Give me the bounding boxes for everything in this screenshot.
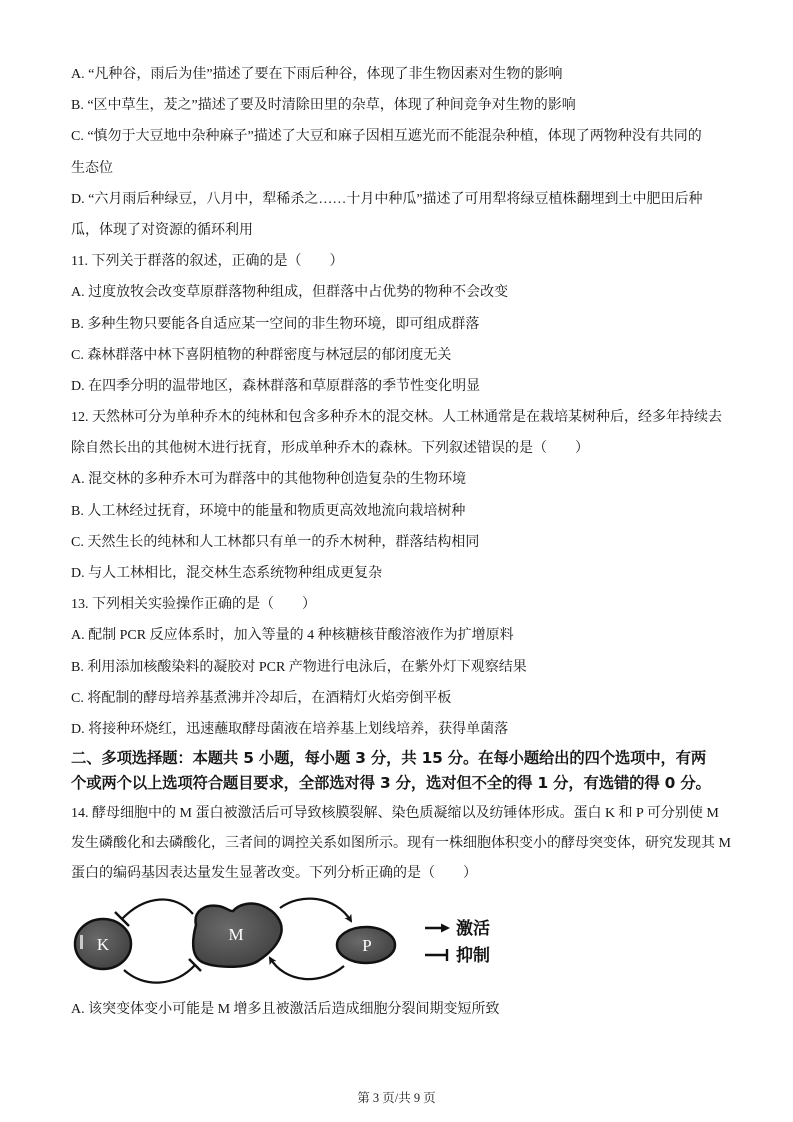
question-stem: 14. 酵母细胞中的 M 蛋白被激活后可导致核膜裂解、染色质凝缩以及纺锤体形成。… <box>71 799 736 829</box>
question-stem-cont: 除自然长出的其他树木进行抚育，形成单种乔木的森林。下列叙述错误的是（ ） <box>71 433 736 464</box>
question-14-options: A. 该突变体变小可能是 M 增多且被激活后造成细胞分裂间期变短所致 <box>71 994 736 1025</box>
question-stem: 11. 下列关于群落的叙述，正确的是（ ） <box>71 246 736 277</box>
node-k-label: K <box>97 935 110 954</box>
option-b: B. “区中草生，茇之”描述了要及时清除田里的杂草，体现了种间竞争对生物的影响 <box>71 90 736 121</box>
regulation-diagram: K M P 激活 抑制 <box>60 890 520 990</box>
option-a: A. 过度放牧会改变草原群落物种组成，但群落中占优势的物种不会改变 <box>71 277 736 308</box>
section-heading-line: 个或两个以上选项符合题目要求，全部选对得 3 分，选对但不全的得 1 分，有选错… <box>71 771 736 796</box>
legend-inhibit-label: 抑制 <box>456 945 490 966</box>
option-c: C. 天然生长的纯林和人工林都只有单一的乔木树种，群落结构相同 <box>71 527 736 558</box>
option-a: A. 该突变体变小可能是 M 增多且被激活后造成细胞分裂间期变短所致 <box>71 994 736 1025</box>
option-c-cont: 生态位 <box>71 153 736 184</box>
question-stem-cont: 发生磷酸化和去磷酸化，三者间的调控关系如图所示。现有一株细胞体积变小的酵母突变体… <box>71 829 736 859</box>
legend-activate-label: 激活 <box>456 918 490 939</box>
option-b: B. 利用添加核酸染料的凝胶对 PCR 产物进行电泳后，在紫外灯下观察结果 <box>71 652 736 683</box>
node-p: P <box>337 927 395 963</box>
option-a: A. “凡种谷，雨后为佳”描述了要在下雨后种谷，体现了非生物因素对生物的影响 <box>71 59 736 90</box>
option-d: D. “六月雨后种绿豆，八月中，犁稀杀之……十月中种瓜”描述了可用犁将绿豆植株翻… <box>71 184 736 215</box>
inhibit-arc-m-to-k <box>115 900 193 926</box>
question-stem-cont: 蛋白的编码基因表达量发生显著改变。下列分析正确的是（ ） <box>71 859 736 889</box>
option-d-cont: 瓜，体现了对资源的循环利用 <box>71 215 736 246</box>
section-heading-line: 二、多项选择题：本题共 5 小题，每小题 3 分，共 15 分。在每小题给出的四… <box>71 746 736 771</box>
question-stem: 12. 天然林可分为单种乔木的纯林和包含多种乔木的混交林。人工林通常是在栽培某树… <box>71 402 736 433</box>
node-k: K <box>75 919 131 969</box>
option-b: B. 多种生物只要能各自适应某一空间的非生物环境，即可组成群落 <box>71 309 736 340</box>
option-c: C. 森林群落中林下喜阴植物的种群密度与林冠层的郁闭度无关 <box>71 340 736 371</box>
option-b: B. 人工林经过抚育，环境中的能量和物质更高效地流向栽培树种 <box>71 496 736 527</box>
option-a: A. 配制 PCR 反应体系时，加入等量的 4 种核糖核苷酸溶液作为扩增原料 <box>71 620 736 651</box>
option-d: D. 将接种环烧红，迅速蘸取酵母菌液在培养基上划线培养，获得单菌落 <box>71 714 736 745</box>
option-d: D. 在四季分明的温带地区，森林群落和草原群落的季节性变化明显 <box>71 371 736 402</box>
arrowhead-icon <box>441 924 450 933</box>
question-12: 12. 天然林可分为单种乔木的纯林和包含多种乔木的混交林。人工林通常是在栽培某树… <box>71 402 736 589</box>
question-10-options: A. “凡种谷，雨后为佳”描述了要在下雨后种谷，体现了非生物因素对生物的影响 B… <box>71 59 736 246</box>
question-stem: 13. 下列相关实验操作正确的是（ ） <box>71 589 736 620</box>
activate-arrow-m-to-p <box>280 899 351 921</box>
option-c: C. “慎勿于大豆地中杂种麻子”描述了大豆和麻子因相互遮光而不能混杂种植，体现了… <box>71 121 736 152</box>
section-heading: 二、多项选择题：本题共 5 小题，每小题 3 分，共 15 分。在每小题给出的四… <box>71 746 736 796</box>
option-a: A. 混交林的多种乔木可为群落中的其他物种创造复杂的生物环境 <box>71 464 736 495</box>
option-c: C. 将配制的酵母培养基煮沸并冷却后，在酒精灯火焰旁倒平板 <box>71 683 736 714</box>
node-m-label: M <box>228 925 243 944</box>
questions-10-13: A. “凡种谷，雨后为佳”描述了要在下雨后种谷，体现了非生物因素对生物的影响 B… <box>71 59 736 745</box>
question-14-stem: 14. 酵母细胞中的 M 蛋白被激活后可导致核膜裂解、染色质凝缩以及纺锤体形成。… <box>71 799 736 889</box>
legend-inhibit: 抑制 <box>425 945 490 966</box>
node-p-label: P <box>362 936 371 955</box>
question-13: 13. 下列相关实验操作正确的是（ ） A. 配制 PCR 反应体系时，加入等量… <box>71 589 736 745</box>
legend-activate: 激活 <box>425 918 490 939</box>
node-m: M <box>193 904 281 967</box>
legend: 激活 抑制 <box>425 918 490 966</box>
page-footer: 第 3 页/共 9 页 <box>0 1089 793 1107</box>
inhibit-arc-k-to-m <box>124 959 201 983</box>
activate-arrow-p-to-m <box>270 958 344 979</box>
option-d: D. 与人工林相比，混交林生态系统物种组成更复杂 <box>71 558 736 589</box>
question-11: 11. 下列关于群落的叙述，正确的是（ ） A. 过度放牧会改变草原群落物种组成… <box>71 246 736 402</box>
